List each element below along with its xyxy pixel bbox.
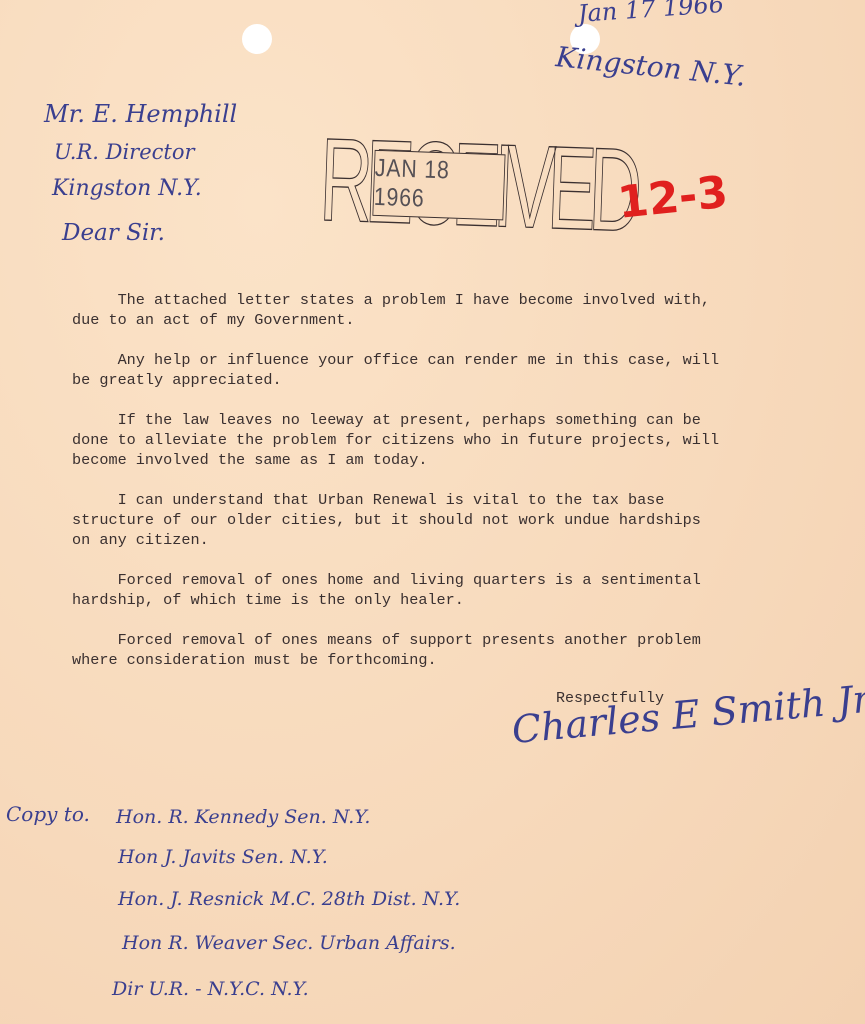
letter-body: The attached letter states a problem I h… — [72, 290, 812, 690]
handwritten-date: Jan 17 1966 — [577, 0, 725, 28]
punch-hole-left — [242, 24, 272, 54]
paragraph: I can understand that Urban Renewal is v… — [72, 490, 812, 550]
stamp-date: JAN 18 1966 — [372, 150, 505, 221]
copy-recipient: Hon R. Weaver Sec. Urban Affairs. — [122, 932, 456, 954]
paragraph: Any help or influence your office can re… — [72, 350, 812, 390]
paragraph: The attached letter states a problem I h… — [72, 290, 812, 330]
paragraph: Forced removal of ones home and living q… — [72, 570, 812, 610]
received-stamp: RECEIVED JAN 18 1966 — [318, 118, 554, 250]
copies-label: Copy to. — [6, 802, 90, 826]
file-number: 12-3 — [615, 167, 730, 229]
handwritten-place: Kingston N.Y. — [554, 40, 747, 93]
recipient-title: U.R. Director — [54, 140, 195, 164]
copy-recipient: Hon. R. Kennedy Sen. N.Y. — [116, 806, 370, 828]
paragraph: If the law leaves no leeway at present, … — [72, 410, 812, 470]
salutation: Dear Sir. — [62, 220, 165, 246]
copy-recipient: Hon. J. Resnick M.C. 28th Dist. N.Y. — [118, 888, 460, 910]
recipient-city: Kingston N.Y. — [52, 176, 202, 201]
copy-recipient: Hon J. Javits Sen. N.Y. — [118, 846, 328, 868]
paragraph: Forced removal of ones means of support … — [72, 630, 812, 670]
recipient-name: Mr. E. Hemphill — [44, 100, 237, 128]
copy-recipient: Dir U.R. - N.Y.C. N.Y. — [112, 978, 309, 1000]
